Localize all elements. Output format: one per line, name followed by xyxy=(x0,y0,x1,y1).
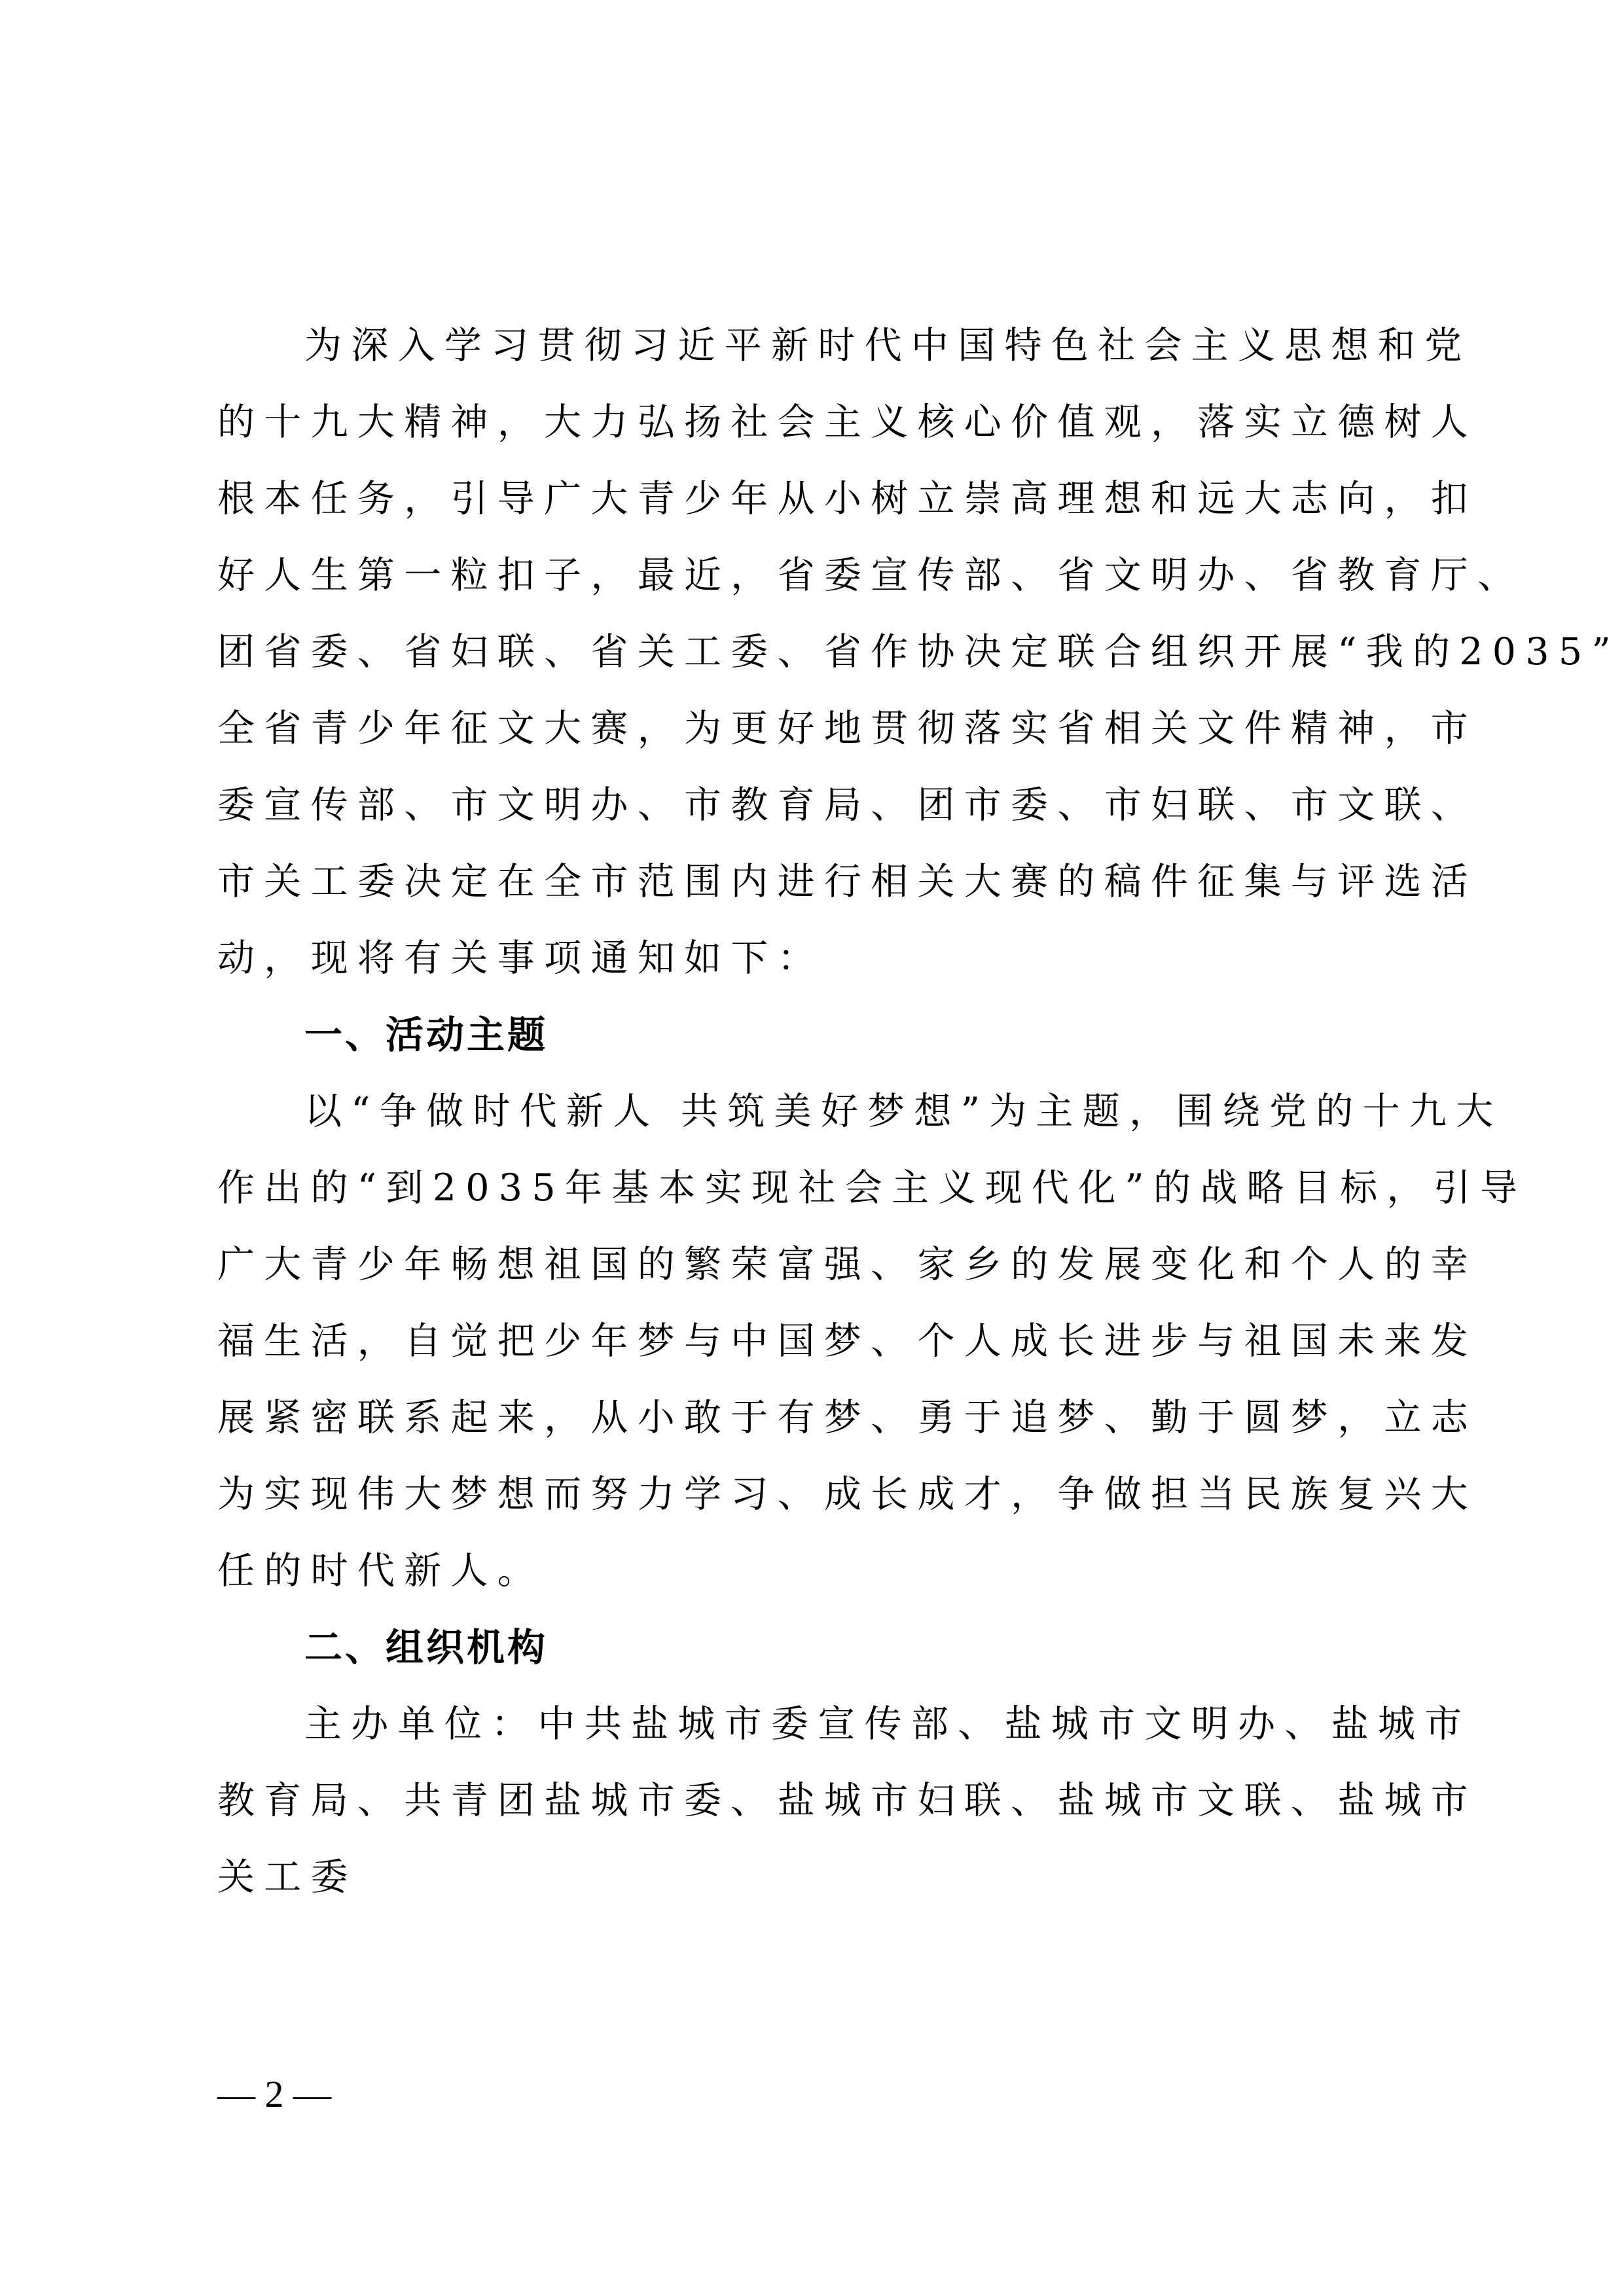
paragraph-line: 为实现伟大梦想而努力学习、成长成才，争做担当民族复兴大 xyxy=(217,1456,1415,1533)
paragraph-line: 主办单位：中共盐城市委宣传部、盐城市文明办、盐城市 xyxy=(217,1686,1415,1763)
intro-paragraph: 为深入学习贯彻习近平新时代中国特色社会主义思想和党 的十九大精神，大力弘扬社会主… xyxy=(217,308,1415,997)
paragraph-line: 好人生第一粒扣子，最近，省委宣传部、省文明办、省教育厅、 xyxy=(217,537,1415,614)
page-number: — 2 — xyxy=(217,2068,331,2121)
paragraph-line: 动，现将有关事项通知如下： xyxy=(217,920,1415,997)
paragraph-line: 的十九大精神，大力弘扬社会主义核心价值观，落实立德树人 xyxy=(217,384,1415,461)
paragraph-line: 以“争做时代新人 共筑美好梦想”为主题，围绕党的十九大 xyxy=(217,1073,1415,1150)
paragraph-line: 作出的“到2035年基本实现社会主义现代化”的战略目标，引导 xyxy=(217,1150,1415,1227)
paragraph-line: 关工委 xyxy=(217,1839,1415,1916)
paragraph-line: 市关工委决定在全市范围内进行相关大赛的稿件征集与评选活 xyxy=(217,844,1415,920)
paragraph-line: 任的时代新人。 xyxy=(217,1533,1415,1609)
theme-paragraph: 以“争做时代新人 共筑美好梦想”为主题，围绕党的十九大 作出的“到2035年基本… xyxy=(217,1073,1415,1609)
paragraph-line: 福生活，自觉把少年梦与中国梦、个人成长进步与祖国未来发 xyxy=(217,1303,1415,1380)
document-body: 为深入学习贯彻习近平新时代中国特色社会主义思想和党 的十九大精神，大力弘扬社会主… xyxy=(217,308,1415,1916)
paragraph-line: 根本任务，引导广大青少年从小树立崇高理想和远大志向，扣 xyxy=(217,461,1415,537)
paragraph-line: 全省青少年征文大赛，为更好地贯彻落实省相关文件精神，市 xyxy=(217,691,1415,767)
section-heading-theme: 一、活动主题 xyxy=(217,997,1415,1073)
paragraph-line: 委宣传部、市文明办、市教育局、团市委、市妇联、市文联、 xyxy=(217,767,1415,844)
paragraph-line: 教育局、共青团盐城市委、盐城市妇联、盐城市文联、盐城市 xyxy=(217,1763,1415,1839)
paragraph-line: 展紧密联系起来，从小敢于有梦、勇于追梦、勤于圆梦，立志 xyxy=(217,1380,1415,1456)
paragraph-line: 团省委、省妇联、省关工委、省作协决定联合组织开展“我的2035” xyxy=(217,614,1415,691)
paragraph-line: 广大青少年畅想祖国的繁荣富强、家乡的发展变化和个人的幸 xyxy=(217,1227,1415,1303)
organization-paragraph: 主办单位：中共盐城市委宣传部、盐城市文明办、盐城市 教育局、共青团盐城市委、盐城… xyxy=(217,1686,1415,1916)
section-heading-organization: 二、组织机构 xyxy=(217,1609,1415,1686)
paragraph-line: 为深入学习贯彻习近平新时代中国特色社会主义思想和党 xyxy=(217,308,1415,384)
document-page: 为深入学习贯彻习近平新时代中国特色社会主义思想和党 的十九大精神，大力弘扬社会主… xyxy=(0,0,1624,2296)
